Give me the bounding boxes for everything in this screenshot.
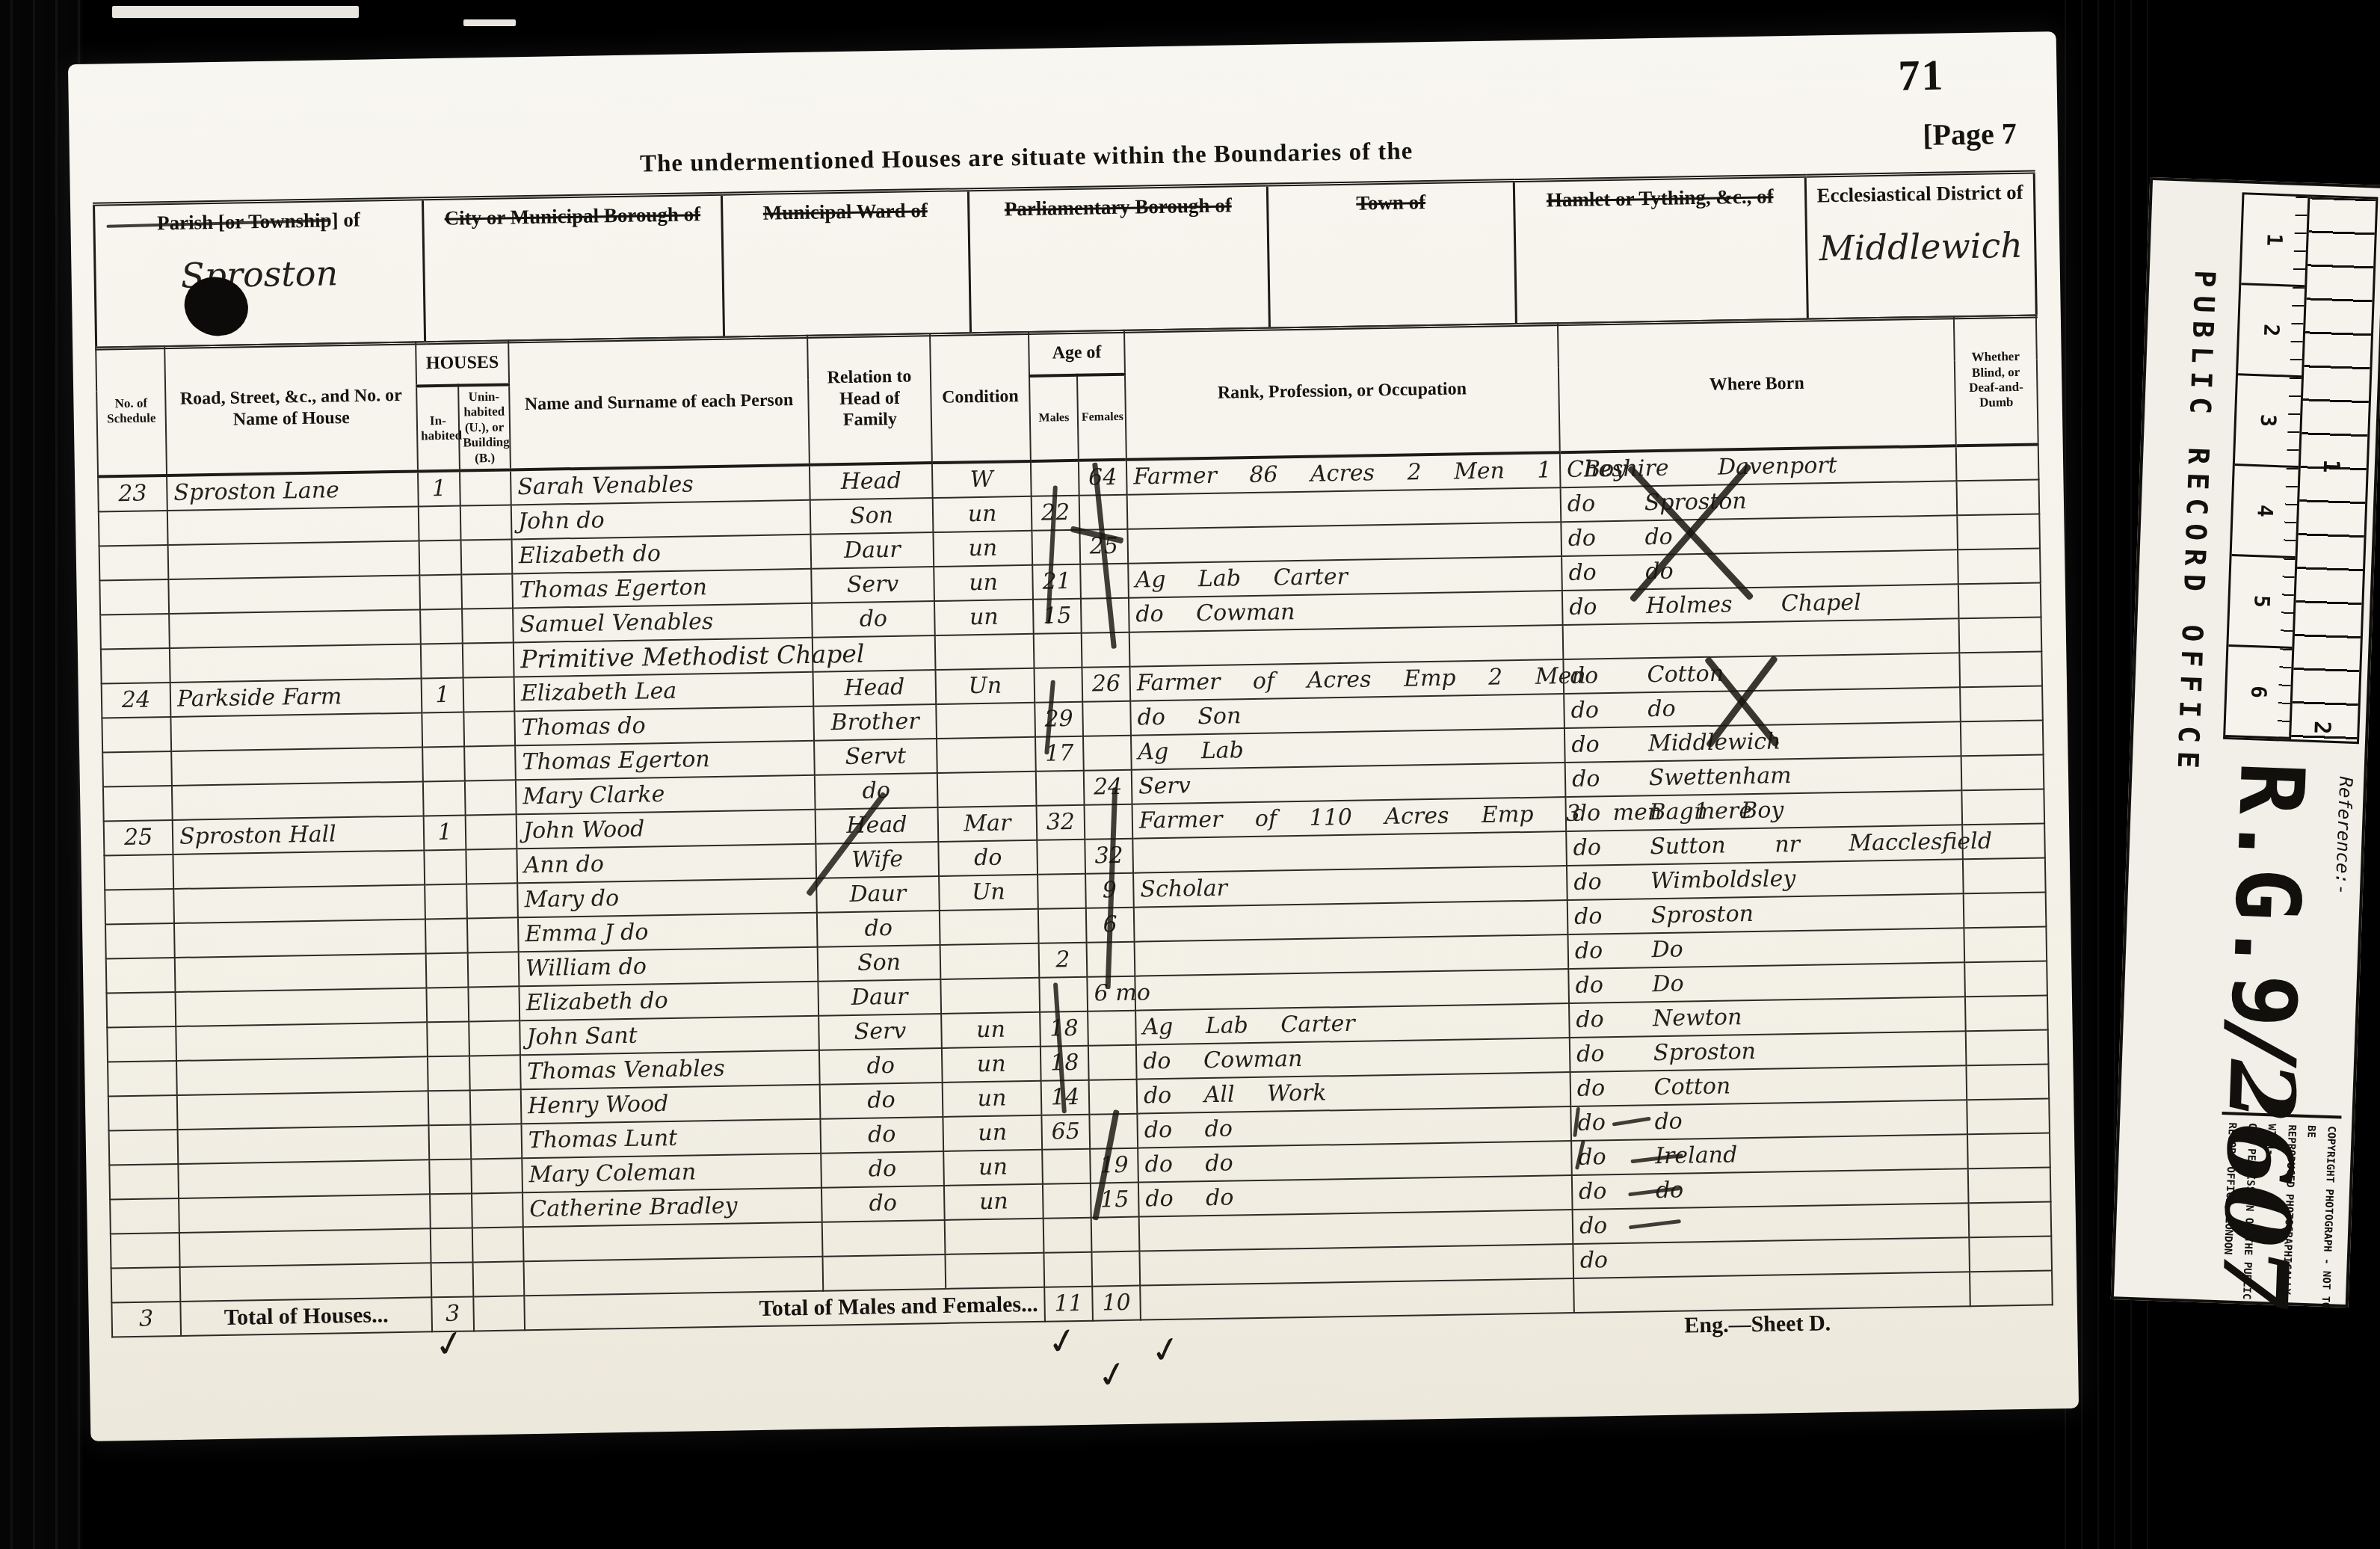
ruler-inch-2: 2	[2308, 721, 2335, 735]
cell-name: Catherine Bradley	[522, 1188, 822, 1228]
cell-uninhab	[463, 642, 514, 677]
cell-schedule	[107, 1026, 176, 1062]
cell-relation: Daur	[816, 876, 940, 913]
cell-schedule	[105, 889, 174, 925]
cell-relation: Head	[810, 463, 933, 500]
cell-house	[180, 1263, 432, 1302]
cell-uninhab	[468, 952, 520, 987]
hamlet-label: Hamlet or Tything, &c., of	[1520, 184, 1801, 214]
cell-condition: un	[934, 565, 1033, 601]
cell-relation: Son	[818, 945, 941, 982]
cell-relation: do	[820, 1117, 943, 1154]
cell-inhab	[429, 1124, 472, 1160]
ruler-inch-1: 1	[2318, 459, 2345, 473]
cell-uninhab	[471, 1158, 522, 1193]
cell-age_f	[1091, 1251, 1140, 1287]
cell-condition: Mar	[938, 806, 1038, 842]
cell-schedule	[99, 511, 168, 546]
header-road: Road, Street, &c., and No. or Name of Ho…	[164, 342, 418, 476]
cell-infirm	[1961, 754, 2044, 790]
cell-inhab: 1	[418, 471, 460, 507]
cell-infirm	[1961, 789, 2044, 825]
cell-inhab	[422, 746, 465, 781]
cell-uninhab	[469, 1020, 520, 1056]
cell-condition: un	[944, 1184, 1043, 1220]
cell-age_f	[1082, 701, 1131, 736]
total-males: 11	[1044, 1287, 1093, 1322]
cell-uninhab	[473, 1261, 525, 1296]
cell-schedule	[103, 786, 173, 822]
copyright-notice: COPYRIGHT PHOTOGRAPH - NOT TO BEREPRODUC…	[2216, 1112, 2342, 1313]
total-houses-label: Total of Houses...	[180, 1297, 432, 1336]
header-name: Name and Surname of each Person	[508, 336, 810, 470]
cell-relation: Daur	[818, 979, 941, 1016]
ruler: 1 2 1 2 3 4 5 6	[2223, 192, 2378, 744]
header-uninhabited: Unin-habited (U.), or Building (B.)	[458, 384, 511, 470]
cell-uninhab	[471, 1124, 522, 1159]
cell-uninhab	[472, 1227, 524, 1262]
cell-name: Ann do	[517, 844, 816, 884]
cell-condition	[940, 909, 1039, 945]
cell-house	[171, 747, 423, 786]
ecclesiastical-value: Middlewich	[1812, 224, 2030, 268]
cell-age_m: 29	[1035, 702, 1083, 737]
cell-age_f	[1081, 598, 1129, 633]
cell-house	[174, 919, 426, 958]
cell-name: Elizabeth Lea	[514, 672, 814, 712]
cell-name: Mary Coleman	[522, 1154, 821, 1193]
cell-name: Elizabeth do	[512, 535, 812, 574]
cell-age_m: 65	[1041, 1115, 1090, 1150]
cell-inhab	[430, 1193, 472, 1228]
cell-relation: do	[817, 911, 940, 947]
cell-uninhab	[461, 573, 513, 609]
cell-infirm	[1965, 995, 2048, 1031]
cell-inhab	[427, 1021, 469, 1056]
cell-name: Thomas Venables	[520, 1050, 820, 1090]
cell-name: Sarah Venables	[511, 465, 810, 505]
cell-inhab: 1	[422, 677, 464, 712]
cell-house: Parkside Farm	[170, 678, 422, 717]
pen-check-4: ✓	[1147, 1327, 1185, 1374]
cell-age_f: 19	[1090, 1148, 1138, 1183]
cell-name: Thomas Lunt	[521, 1119, 821, 1159]
cell-age_m	[1038, 874, 1086, 909]
header-condition: Condition	[930, 332, 1031, 463]
cell-inhab	[426, 987, 469, 1022]
cell-relation: Serv	[811, 567, 934, 603]
district-cell-town: Town of	[1267, 181, 1516, 329]
cell-schedule	[108, 1095, 178, 1131]
cell-name	[524, 1257, 824, 1296]
cell-name: Henry Wood	[521, 1085, 821, 1124]
ruler-cm-2: 2	[2238, 285, 2305, 378]
header-females: Females	[1077, 375, 1126, 461]
cell-inhab	[431, 1228, 473, 1263]
cell-uninhab	[466, 883, 518, 918]
cell-inhab	[419, 506, 461, 541]
cell-infirm	[1969, 1236, 2052, 1272]
cell-relation: Servt	[814, 739, 937, 775]
ruler-cm-6: 6	[2225, 647, 2292, 739]
cell-house	[176, 988, 428, 1026]
cell-age_m	[1043, 1218, 1092, 1253]
cell-infirm	[1964, 961, 2047, 997]
cell-schedule	[104, 854, 173, 890]
cell-infirm	[1961, 720, 2044, 756]
cell-schedule	[107, 992, 176, 1028]
cell-age_m	[1036, 771, 1085, 806]
cell-condition	[937, 772, 1037, 807]
cell-schedule	[105, 923, 175, 959]
cell-infirm	[1966, 1029, 2049, 1065]
totals-schedule: 3	[111, 1302, 181, 1337]
cell-inhab	[429, 1159, 472, 1194]
cell-condition	[940, 978, 1040, 1014]
cell-schedule	[106, 958, 176, 994]
cell-age_m	[1043, 1183, 1091, 1219]
cell-uninhab	[463, 677, 515, 712]
cell-inhab	[425, 918, 468, 953]
cell-name	[523, 1222, 823, 1262]
pen-cross-occupation-2	[1685, 634, 1799, 763]
district-cell-ecclesiastical: Ecclesiastical District of Middlewich	[1805, 172, 2036, 320]
cell-house	[170, 644, 422, 683]
cell-relation: do	[821, 1186, 945, 1222]
cell-name: Samuel Venables	[513, 603, 813, 643]
cell-age_f: 26	[1082, 667, 1130, 702]
cell-inhab	[419, 541, 462, 576]
parish-value: Sproston	[100, 251, 419, 297]
district-cell-parliamentary: Parliamentary Borough of	[968, 185, 1269, 334]
cell-inhab	[420, 609, 463, 644]
cell-infirm	[1957, 514, 2040, 549]
cell-name: Mary do	[517, 878, 817, 918]
cell-relation: Daur	[810, 532, 934, 569]
cell-house	[167, 506, 419, 545]
sheet-imprint: Eng.—Sheet D.	[1684, 1311, 1831, 1338]
cell-infirm	[1966, 1064, 2049, 1100]
totals-blank	[1140, 1278, 1574, 1320]
cell-age_m	[1042, 1149, 1091, 1184]
cell-name: Thomas do	[514, 706, 814, 746]
cell-condition: un	[942, 1047, 1041, 1083]
town-label: Town of	[1273, 188, 1509, 218]
cell-house	[168, 541, 420, 579]
cell-uninhab	[462, 608, 514, 643]
header-males: Males	[1029, 375, 1079, 461]
cell-inhab	[419, 574, 462, 609]
cell-infirm	[1960, 686, 2043, 721]
cell-schedule: 24	[102, 683, 171, 718]
cell-name: Elizabeth do	[519, 982, 818, 1021]
cell-uninhab	[460, 505, 512, 540]
cell-house: Sproston Lane	[167, 471, 419, 511]
cell-condition: Un	[935, 668, 1035, 704]
cell-inhab: 1	[424, 815, 466, 850]
cell-uninhab	[467, 917, 519, 952]
cell-infirm	[1959, 617, 2042, 653]
cell-inhab	[425, 884, 467, 919]
cell-house	[175, 953, 427, 992]
cell-uninhab	[463, 711, 515, 746]
cell-schedule	[99, 545, 169, 581]
cell-uninhab	[468, 986, 520, 1021]
cell-condition: un	[941, 1012, 1041, 1048]
cell-schedule	[102, 717, 171, 753]
cell-house	[178, 1160, 430, 1198]
pro-office-name: PUBLIC RECORD OFFICE	[2171, 270, 2222, 777]
cell-condition	[945, 1219, 1044, 1254]
cell-uninhab	[466, 814, 517, 849]
district-cell-city: City or Municipal Borough of	[422, 194, 724, 343]
cell-inhab	[421, 643, 463, 678]
totals-blank	[1970, 1270, 2053, 1306]
pen-cross-occupation-1	[1600, 440, 1782, 618]
cell-schedule	[111, 1267, 181, 1303]
cell-house: Sproston Hall	[173, 816, 425, 854]
cell-age_m	[1034, 668, 1082, 703]
cell-name: Primitive Methodist Chapel	[514, 638, 813, 677]
ecclesiastical-label: Ecclesiastical District of	[1811, 180, 2029, 209]
cell-infirm	[1959, 651, 2042, 687]
cell-schedule	[101, 648, 170, 684]
header-inhabited: In-habited	[416, 386, 460, 472]
cell-condition: un	[943, 1081, 1042, 1117]
district-cell-ward: Municipal Ward of	[721, 190, 970, 338]
header-occupation: Rank, Profession, or Occupation	[1124, 323, 1560, 460]
cell-age_m	[1043, 1252, 1092, 1287]
cell-uninhab	[469, 1055, 521, 1090]
cell-condition	[935, 634, 1035, 670]
cell-name: John do	[511, 500, 811, 540]
cell-condition	[937, 737, 1036, 773]
municipal-ward-label: Municipal Ward of	[727, 197, 964, 227]
cell-condition: un	[933, 531, 1032, 567]
ruler-cm-4: 4	[2232, 466, 2299, 558]
cell-age_m	[1037, 840, 1085, 875]
ruler-cm-5: 5	[2228, 556, 2295, 649]
cell-house	[179, 1228, 431, 1267]
cell-condition	[945, 1253, 1044, 1289]
cell-schedule	[111, 1233, 180, 1269]
cell-uninhab	[461, 539, 513, 574]
film-speck	[463, 19, 516, 26]
cell-name: John Sant	[520, 1016, 819, 1056]
cell-house	[176, 1056, 428, 1095]
cell-condition	[936, 703, 1035, 739]
header-age: Age of	[1029, 330, 1125, 376]
cell-uninhab	[472, 1192, 523, 1228]
cell-age_f: 64	[1079, 460, 1127, 496]
page-label: [Page 7	[1923, 116, 2017, 153]
district-cell-hamlet: Hamlet or Tything, &c., of	[1514, 176, 1807, 324]
cell-house	[176, 1022, 428, 1061]
cell-relation	[822, 1254, 946, 1291]
cell-age_m	[1034, 633, 1082, 668]
cell-age_f	[1088, 1011, 1136, 1046]
film-speck	[112, 6, 359, 18]
copyright-line: COPYRIGHT PHOTOGRAPH - NOT TO BE	[2295, 1125, 2341, 1314]
cell-schedule	[109, 1164, 179, 1200]
cell-condition: do	[938, 840, 1038, 876]
copyright-line: REPRODUCED PHOTOGRAPHICALLY WITH-	[2255, 1124, 2302, 1312]
reference-printed: R.G.9	[2212, 760, 2324, 1029]
header-relation: Relation to Head of Family	[807, 333, 932, 465]
cell-age_f	[1083, 736, 1132, 771]
cell-condition	[940, 943, 1040, 979]
film-edge	[0, 0, 82, 1549]
cell-uninhab	[470, 1089, 522, 1124]
cell-schedule: 23	[98, 475, 167, 512]
cell-infirm	[1968, 1167, 2051, 1203]
cell-house	[169, 609, 421, 648]
cell-house	[168, 575, 420, 614]
cell-condition: W	[932, 461, 1032, 498]
totals-blank	[473, 1296, 525, 1331]
pen-check-2: ✓	[1043, 1318, 1081, 1365]
cell-uninhab	[460, 469, 511, 505]
page-title: The undermentioned Houses are situate wi…	[316, 132, 1736, 183]
cell-age_f	[1085, 804, 1133, 840]
cell-schedule	[110, 1198, 179, 1234]
cell-condition: un	[943, 1150, 1043, 1186]
cell-relation	[822, 1220, 946, 1257]
pro-reference-label: 1 2 1 2 3 4 5 6 PUBLIC RECORD OFFICE Ref…	[2111, 177, 2380, 1308]
cell-schedule	[108, 1061, 177, 1097]
cell-infirm	[1958, 582, 2041, 618]
cell-age_f	[1089, 1080, 1138, 1115]
cell-name: John Wood	[517, 810, 816, 849]
cell-age_f	[1091, 1217, 1140, 1252]
cell-age_m: 17	[1035, 736, 1084, 772]
cell-house	[172, 781, 424, 820]
cell-inhab	[424, 849, 466, 884]
cell-condition: un	[943, 1115, 1042, 1151]
cell-inhab	[428, 1090, 471, 1125]
cell-age_m: 21	[1032, 564, 1081, 600]
cell-name: Mary Clarke	[516, 775, 816, 815]
cell-relation: Serv	[818, 1014, 942, 1050]
cell-schedule	[102, 751, 172, 787]
cell-house	[173, 884, 425, 923]
cell-relation: do	[820, 1083, 943, 1119]
ruler-cm-3: 3	[2235, 375, 2302, 468]
cell-condition: Un	[939, 875, 1038, 911]
cell-uninhab	[466, 849, 517, 884]
cell-age_m: 18	[1041, 1046, 1089, 1081]
cell-relation: do	[819, 1048, 943, 1085]
cell-uninhab	[465, 780, 517, 815]
cell-age_f	[1082, 632, 1130, 668]
cell-house	[170, 712, 422, 751]
header-infirmity: Whether Blind, or Deaf-and-Dumb	[1954, 315, 2038, 446]
cell-infirm	[1964, 892, 2047, 928]
cell-infirm	[1967, 1098, 2050, 1134]
total-females: 10	[1092, 1286, 1141, 1321]
cell-schedule: 25	[104, 820, 173, 856]
pen-check-3: ✓	[1094, 1352, 1131, 1399]
cell-name: Thomas Egerton	[515, 741, 815, 780]
cell-house	[179, 1194, 431, 1233]
cell-relation: do	[821, 1151, 944, 1188]
cell-inhab	[423, 780, 466, 816]
totals-blank	[1573, 1272, 1970, 1313]
cell-schedule	[100, 614, 170, 650]
cell-schedule	[109, 1130, 179, 1165]
parliamentary-borough-label: Parliamentary Borough of	[974, 193, 1263, 223]
header-schedule: No. of Schedule	[96, 346, 167, 476]
header-houses: HOUSES	[416, 340, 509, 386]
census-page: 71 [Page 7 The undermentioned Houses are…	[68, 31, 2079, 1441]
cell-infirm	[1956, 444, 2039, 481]
cell-uninhab	[464, 745, 516, 780]
cell-relation: Head	[813, 670, 937, 706]
cell-age_m: 32	[1037, 805, 1085, 840]
cell-age_m: 15	[1033, 599, 1082, 634]
cell-infirm	[1963, 857, 2046, 893]
cell-age_m: 18	[1040, 1011, 1088, 1047]
cell-age_m	[1038, 908, 1087, 943]
header-born: Where Born	[1558, 316, 1956, 452]
cell-condition: un	[934, 600, 1034, 635]
cell-infirm	[1957, 479, 2040, 515]
cell-age_f: 6 mo	[1087, 976, 1135, 1011]
cell-age_m	[1039, 977, 1088, 1012]
cell-house	[177, 1091, 429, 1130]
cell-inhab	[426, 952, 469, 988]
cell-relation: Son	[810, 498, 934, 535]
cell-relation: Head	[816, 807, 939, 844]
reference-label: Reference:-	[2331, 776, 2357, 896]
cell-age_m	[1032, 530, 1080, 565]
cell-infirm	[1969, 1201, 2052, 1237]
cell-house	[178, 1125, 430, 1164]
cell-name: William do	[519, 947, 818, 987]
cell-schedule	[99, 579, 169, 615]
cell-name: Emma J do	[518, 913, 818, 952]
cell-inhab	[431, 1262, 474, 1297]
cell-house	[173, 850, 425, 889]
cell-name: Thomas Egerton	[512, 569, 812, 609]
cell-age_f: 24	[1084, 770, 1132, 805]
cell-infirm	[1964, 926, 2047, 962]
cell-age_f	[1088, 1045, 1137, 1080]
city-borough-label: City or Municipal Borough of	[428, 202, 717, 232]
ruler-cm-1: 1	[2241, 194, 2307, 287]
cell-inhab	[422, 712, 464, 747]
cell-relation: do	[812, 601, 935, 638]
cell-infirm	[1967, 1133, 2050, 1168]
cell-inhab	[428, 1056, 470, 1091]
cell-relation: Brother	[813, 704, 937, 741]
cell-age_m: 2	[1039, 943, 1088, 978]
cell-infirm	[1958, 548, 2041, 584]
cell-condition: un	[933, 496, 1032, 532]
folio-number: 71	[1898, 50, 1945, 101]
